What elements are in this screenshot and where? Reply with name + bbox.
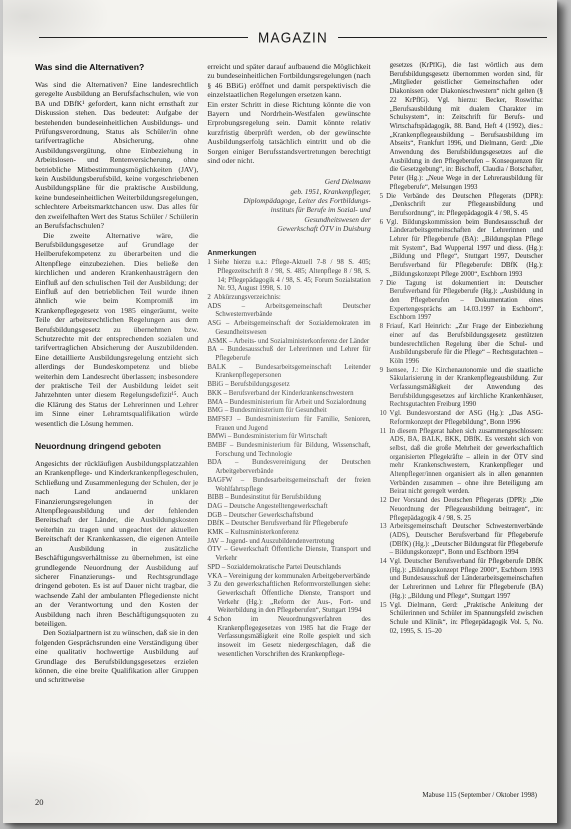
abbreviation-entry: BMG – Bundesministerium für Gesundheit [207, 407, 370, 416]
abbreviation-entry: BALK – Bundesarbeitsgemeinschaft Leitend… [207, 364, 370, 381]
author-line: Gesundheitswesen der [207, 215, 370, 224]
article-columns: Was sind die Alternativen? Was sind die … [35, 62, 543, 800]
footnote-text: Vgl. Bundesvorstand der ASG (Hg.): „Das … [390, 410, 543, 426]
abbreviation-entry: BMA – Bundesministerium für Arbeit und S… [207, 399, 370, 408]
paragraph-group: Angesichts der rückläufigen Ausbildungsp… [35, 459, 198, 685]
abbreviation-entry: BMFSFJ – Bundesministerium für Familie, … [207, 416, 370, 433]
body-paragraph: Die zweite Alternative wäre, die Berufsb… [35, 231, 198, 429]
footnote-text: Isensee, J.: Die Kirchenautonomie und di… [386, 367, 543, 409]
footnote: 13Arbeitsgemeinschaft Deutscher Schweste… [380, 523, 543, 558]
abbreviation-entry: DBfK – Deutscher Berufsverband für Pfleg… [207, 520, 370, 529]
footnote-continuation: gesetzes (KrPflG), die fast wörtlich aus… [380, 62, 543, 193]
abbreviation-entry: JAV – Jugend- und Auszubildendenvertretu… [207, 538, 370, 547]
footnote-number: 8 [380, 323, 383, 330]
header-rule-left [39, 37, 248, 39]
footnote-text: Zu den gewerkschaftlichen Reformvorstell… [214, 581, 371, 614]
footnote: 11In diesem Pflegerat haben sich zusamme… [380, 428, 543, 498]
abbreviation-entry: VKA – Vereinigung der kommunalen Arbeitg… [207, 573, 370, 582]
footnote: 10Vgl. Bundesvorstand der ASG (Hg.): „Da… [380, 410, 543, 427]
abbreviation-entry: BMWi – Bundesministerium für Wirtschaft [207, 433, 370, 442]
abbreviation-entry: KMK – Kultusministerkonferenz [207, 529, 370, 538]
abbreviation-entry: BDA – Bundesvereinigung der Deutschen Ar… [207, 459, 370, 476]
footnote: 5Die Verbände des Deutschen Pflegerats (… [380, 193, 543, 219]
section-heading-alternativen: Was sind die Alternativen? [35, 62, 198, 72]
author-line: instituts für Berufe im Sozial- und [207, 205, 370, 214]
abbreviation-entry: ASG – Arbeitsgemeinschaft der Sozialdemo… [207, 320, 370, 337]
notes-list-top: 1Siehe hierzu u.a.: Pflege-Aktuell 7-8 /… [207, 259, 370, 303]
footnote-text: Vgl. Bildungskommission beim Bundesaussc… [386, 219, 543, 278]
author-line: Gewerkschaft ÖTV in Duisburg [207, 224, 370, 233]
notes-list-bottom: 3Zu den gewerkschaftlichen Reformvorstel… [207, 581, 370, 659]
author-line: geb. 1951, Krankenpfleger, [207, 187, 370, 196]
footnote-number: 4 [207, 616, 210, 623]
abbreviation-entry: BMBF – Bundesministerium für Bildung, Wi… [207, 442, 370, 459]
footnote-number: 3 [207, 581, 210, 588]
body-paragraph: Was sind die Alternativen? Eine landesre… [35, 80, 198, 231]
abbreviation-entry: BAGFW – Bundesarbeitsgemeinschaft der fr… [207, 477, 370, 494]
footnote-text: Siehe hierzu u.a.: Pflege-Aktuell 7-8 / … [214, 259, 371, 292]
abbreviation-entry: BA – Bundesausschuß der Lehrerinnen und … [207, 346, 370, 363]
footnote-number: 15 [380, 602, 387, 609]
page-number: 20 [35, 797, 44, 807]
footnote: 9Isensee, J.: Die Kirchenautonomie und d… [380, 367, 543, 411]
footnote: 4Schon im Neuordnungsverfahren des Krank… [207, 616, 370, 660]
footnote-text: Die Tagung ist dokumentiert in: Deutsche… [386, 280, 543, 322]
author-line: Diplompädagoge, Leiter des Fortbildungs- [207, 196, 370, 205]
footnote-number: 12 [380, 497, 387, 504]
abbreviation-entry: ÖTV – Gewerkschaft Öffentliche Dienste, … [207, 546, 370, 563]
footnote: 3Zu den gewerkschaftlichen Reformvorstel… [207, 581, 370, 616]
footnote: 7Die Tagung ist dokumentiert in: Deutsch… [380, 280, 543, 324]
footnote-text: Friauf, Karl Heinrich: „Zur Frage der Ei… [386, 323, 543, 365]
footnote-text: Arbeitsgemeinschaft Deutscher Schwestern… [390, 523, 543, 556]
abbreviation-entry: ASMK – Arbeits- und Sozialministerkonfer… [207, 338, 370, 347]
journal-footer-line: Mabuse 115 (September / Oktober 1998) [422, 791, 537, 799]
page-surface: MAGAZIN Was sind die Alternativen? Was s… [3, 0, 557, 823]
scanned-magazine-page: MAGAZIN Was sind die Alternativen? Was s… [0, 0, 571, 829]
author-block: Gerd Dielmanngeb. 1951, Krankenpfleger,D… [207, 177, 370, 233]
footnote: 12Der Vorstand des Deutschen Pflegerats … [380, 497, 543, 523]
footnote: 14Vgl. Deutscher Berufsverband für Pfleg… [380, 558, 543, 602]
footnote-number: 11 [380, 428, 387, 435]
footnote-text: In diesem Pflegerat haben sich zusammeng… [389, 428, 543, 496]
body-paragraph: Angesichts der rückläufigen Ausbildungsp… [35, 459, 198, 628]
header-rule-right [338, 37, 547, 39]
abbreviation-entry: BKK – Berufsverband der Kinderkrankensch… [207, 390, 370, 399]
footnote-text: Der Vorstand des Deutschen Pflegerats (D… [390, 497, 543, 521]
notes-heading: Anmerkungen [207, 248, 370, 257]
footnote: 1Siehe hierzu u.a.: Pflege-Aktuell 7-8 /… [207, 259, 370, 294]
magazine-section-header: MAGAZIN [3, 0, 557, 45]
column-right: gesetzes (KrPflG), die fast wörtlich aus… [380, 62, 543, 800]
footnote-number: 2 [207, 294, 210, 301]
footnote: 15Vgl. Dielmann, Gerd: „Praktische Anlei… [380, 602, 543, 637]
footnote-text: Vgl. Dielmann, Gerd: „Praktische Anleitu… [390, 602, 543, 635]
author-line: Gerd Dielmann [207, 177, 370, 186]
footnote-number: 1 [207, 259, 210, 266]
abbreviation-entry: DAG – Deutsche Angestelltengewerkschaft [207, 503, 370, 512]
footnote-number: 6 [380, 219, 383, 226]
footnote-number: 14 [380, 558, 387, 565]
abbreviation-list: ADS – Arbeitsgemeinschaft Deutscher Schw… [207, 303, 370, 582]
footnote-number: 9 [380, 367, 383, 374]
footnote-number: 10 [380, 410, 387, 417]
column-left: Was sind die Alternativen? Was sind die … [35, 62, 198, 800]
footnote-text: Die Verbände des Deutschen Pflegerats (D… [386, 193, 543, 217]
footnote-number: 5 [380, 193, 383, 200]
footnote-text: Schon im Neuordnungsverfahren des Kranke… [214, 616, 371, 658]
footnote-number: 13 [380, 523, 387, 530]
footnote-number: 7 [380, 280, 383, 287]
footnote: 6Vgl. Bildungskommission beim Bundesauss… [380, 219, 543, 280]
footnote-text: Vgl. Deutscher Berufsverband für Pflegeb… [390, 558, 543, 600]
paragraph-group: erreicht und später darauf aufbauend die… [207, 62, 370, 165]
magazine-section-title: MAGAZIN [258, 29, 328, 46]
section-heading-neuordnung: Neuordnung dringend geboten [35, 441, 198, 451]
body-paragraph: Den Sozialpartnern ist zu wünschen, daß … [35, 628, 198, 684]
body-paragraph: Ein erster Schritt in diese Richtung kön… [207, 100, 370, 166]
footnote: 8Friauf, Karl Heinrich: „Zur Frage der E… [380, 323, 543, 367]
column-middle: erreicht und später darauf aufbauend die… [207, 62, 370, 800]
paragraph-group: Was sind die Alternativen? Eine landesre… [35, 80, 198, 428]
footnote: 2Abkürzungsverzeichnis: [207, 294, 370, 303]
abbreviation-entry: DGB – Deutscher Gewerkschaftsbund [207, 512, 370, 521]
abbreviation-entry: BIBB – Bundesinstitut für Berufsbildung [207, 494, 370, 503]
abbreviation-entry: BBiG – Berufsbildungsgesetz [207, 381, 370, 390]
abbreviation-entry: ADS – Arbeitsgemeinschaft Deutscher Schw… [207, 303, 370, 320]
notes-list-right: 5Die Verbände des Deutschen Pflegerats (… [380, 193, 543, 637]
footnote-text: Abkürzungsverzeichnis: [214, 294, 281, 301]
body-paragraph: erreicht und später darauf aufbauend die… [207, 62, 370, 100]
abbreviation-entry: SPD – Sozialdemokratische Partei Deutsch… [207, 564, 370, 573]
